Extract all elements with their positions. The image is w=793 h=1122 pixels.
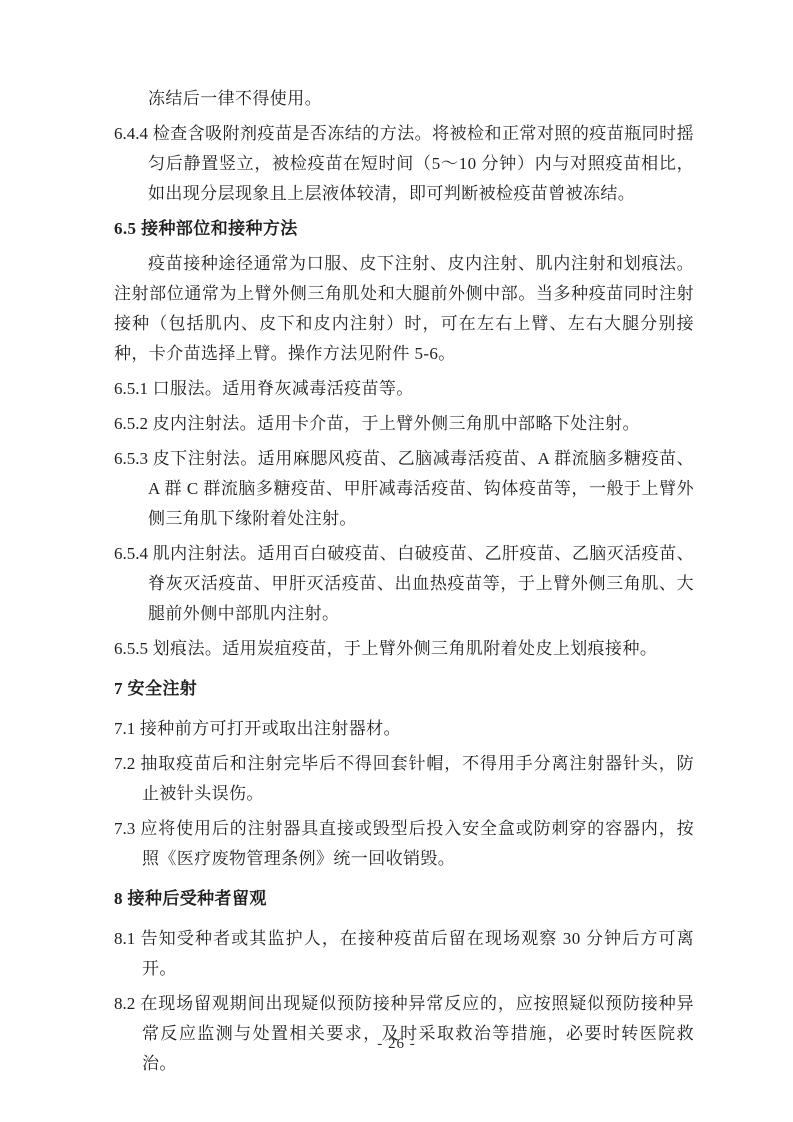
item-text: 应将使用后的注射器具直接或毁型后投入安全盒或防刺穿的容器内，按照《医疗废物管理条… <box>140 819 694 868</box>
item-text: 检查含吸附剂疫苗是否冻结的方法。将被检和正常对照的疫苗瓶同时摇匀后静置竖立，被检… <box>148 124 694 203</box>
numbered-item-8-2: 8.2 在现场留观期间出现疑似预防接种异常反应的，应按照疑似预防接种异常反应监测… <box>114 989 694 1079</box>
item-number: 6.4.4 <box>114 124 148 143</box>
item-number: 7.2 <box>114 754 135 773</box>
item-text: 口服法。适用脊灰减毒活疫苗等。 <box>153 379 414 398</box>
numbered-item-8-1: 8.1 告知受种者或其监护人，在接种疫苗后留在现场观察 30 分钟后方可离开。 <box>114 924 694 984</box>
item-text: 在现场留观期间出现疑似预防接种异常反应的，应按照疑似预防接种异常反应监测与处置相… <box>140 994 694 1073</box>
item-number: 6.5.3 <box>114 449 148 468</box>
item-text: 抽取疫苗后和注射完毕后不得回套针帽，不得用手分离注射器针头，防止被针头误伤。 <box>140 754 694 803</box>
item-number: 7.3 <box>114 819 135 838</box>
page-footer: - 26 - <box>0 1036 793 1053</box>
item-text: 接种前方可打开或取出注射器材。 <box>140 719 401 738</box>
numbered-item-6-5-2: 6.5.2 皮内注射法。适用卡介苗，于上臂外侧三角肌中部略下处注射。 <box>114 409 694 439</box>
document-page: 冻结后一律不得使用。 6.4.4 检查含吸附剂疫苗是否冻结的方法。将被检和正常对… <box>0 0 793 1122</box>
numbered-item-7-1: 7.1 接种前方可打开或取出注射器材。 <box>114 714 694 744</box>
chapter-heading-8: 8 接种后受种者留观 <box>114 884 694 914</box>
item-number: 8.1 <box>114 929 135 948</box>
item-text: 皮内注射法。适用卡介苗，于上臂外侧三角肌中部略下处注射。 <box>153 414 640 433</box>
item-text: 划痕法。适用炭疽疫苗，于上臂外侧三角肌附着处皮上划痕接种。 <box>153 639 658 658</box>
numbered-item-6-5-4: 6.5.4 肌内注射法。适用百白破疫苗、白破疫苗、乙肝疫苗、乙脑灭活疫苗、脊灰灭… <box>114 539 694 629</box>
item-text: 肌内注射法。适用百白破疫苗、白破疫苗、乙肝疫苗、乙脑灭活疫苗、脊灰灭活疫苗、甲肝… <box>148 544 694 623</box>
item-text: 皮下注射法。适用麻腮风疫苗、乙脑减毒活疫苗、A 群流脑多糖疫苗、A 群 C 群流… <box>148 449 694 528</box>
chapter-heading-7: 7 安全注射 <box>114 674 694 704</box>
numbered-item-6-5-5: 6.5.5 划痕法。适用炭疽疫苗，于上臂外侧三角肌附着处皮上划痕接种。 <box>114 634 694 664</box>
numbered-item-6-4-4: 6.4.4 检查含吸附剂疫苗是否冻结的方法。将被检和正常对照的疫苗瓶同时摇匀后静… <box>114 119 694 209</box>
page-number: - 26 - <box>377 1036 416 1052</box>
continuation-line: 冻结后一律不得使用。 <box>114 84 694 114</box>
body-paragraph: 疫苗接种途径通常为口服、皮下注射、皮内注射、肌内注射和划痕法。注射部位通常为上臂… <box>114 249 694 369</box>
item-number: 6.5.2 <box>114 414 148 433</box>
item-text: 告知受种者或其监护人，在接种疫苗后留在现场观察 30 分钟后方可离开。 <box>141 929 694 978</box>
item-number: 7.1 <box>114 719 135 738</box>
numbered-item-7-2: 7.2 抽取疫苗后和注射完毕后不得回套针帽，不得用手分离注射器针头，防止被针头误… <box>114 749 694 809</box>
item-number: 6.5.4 <box>114 544 148 563</box>
numbered-item-6-5-3: 6.5.3 皮下注射法。适用麻腮风疫苗、乙脑减毒活疫苗、A 群流脑多糖疫苗、A … <box>114 444 694 534</box>
numbered-item-6-5-1: 6.5.1 口服法。适用脊灰减毒活疫苗等。 <box>114 374 694 404</box>
section-heading-6-5: 6.5 接种部位和接种方法 <box>114 214 694 244</box>
document-content: 冻结后一律不得使用。 6.4.4 检查含吸附剂疫苗是否冻结的方法。将被检和正常对… <box>114 84 694 1084</box>
item-number: 8.2 <box>114 994 135 1013</box>
item-number: 6.5.1 <box>114 379 148 398</box>
numbered-item-7-3: 7.3 应将使用后的注射器具直接或毁型后投入安全盒或防刺穿的容器内，按照《医疗废… <box>114 814 694 874</box>
item-number: 6.5.5 <box>114 639 148 658</box>
